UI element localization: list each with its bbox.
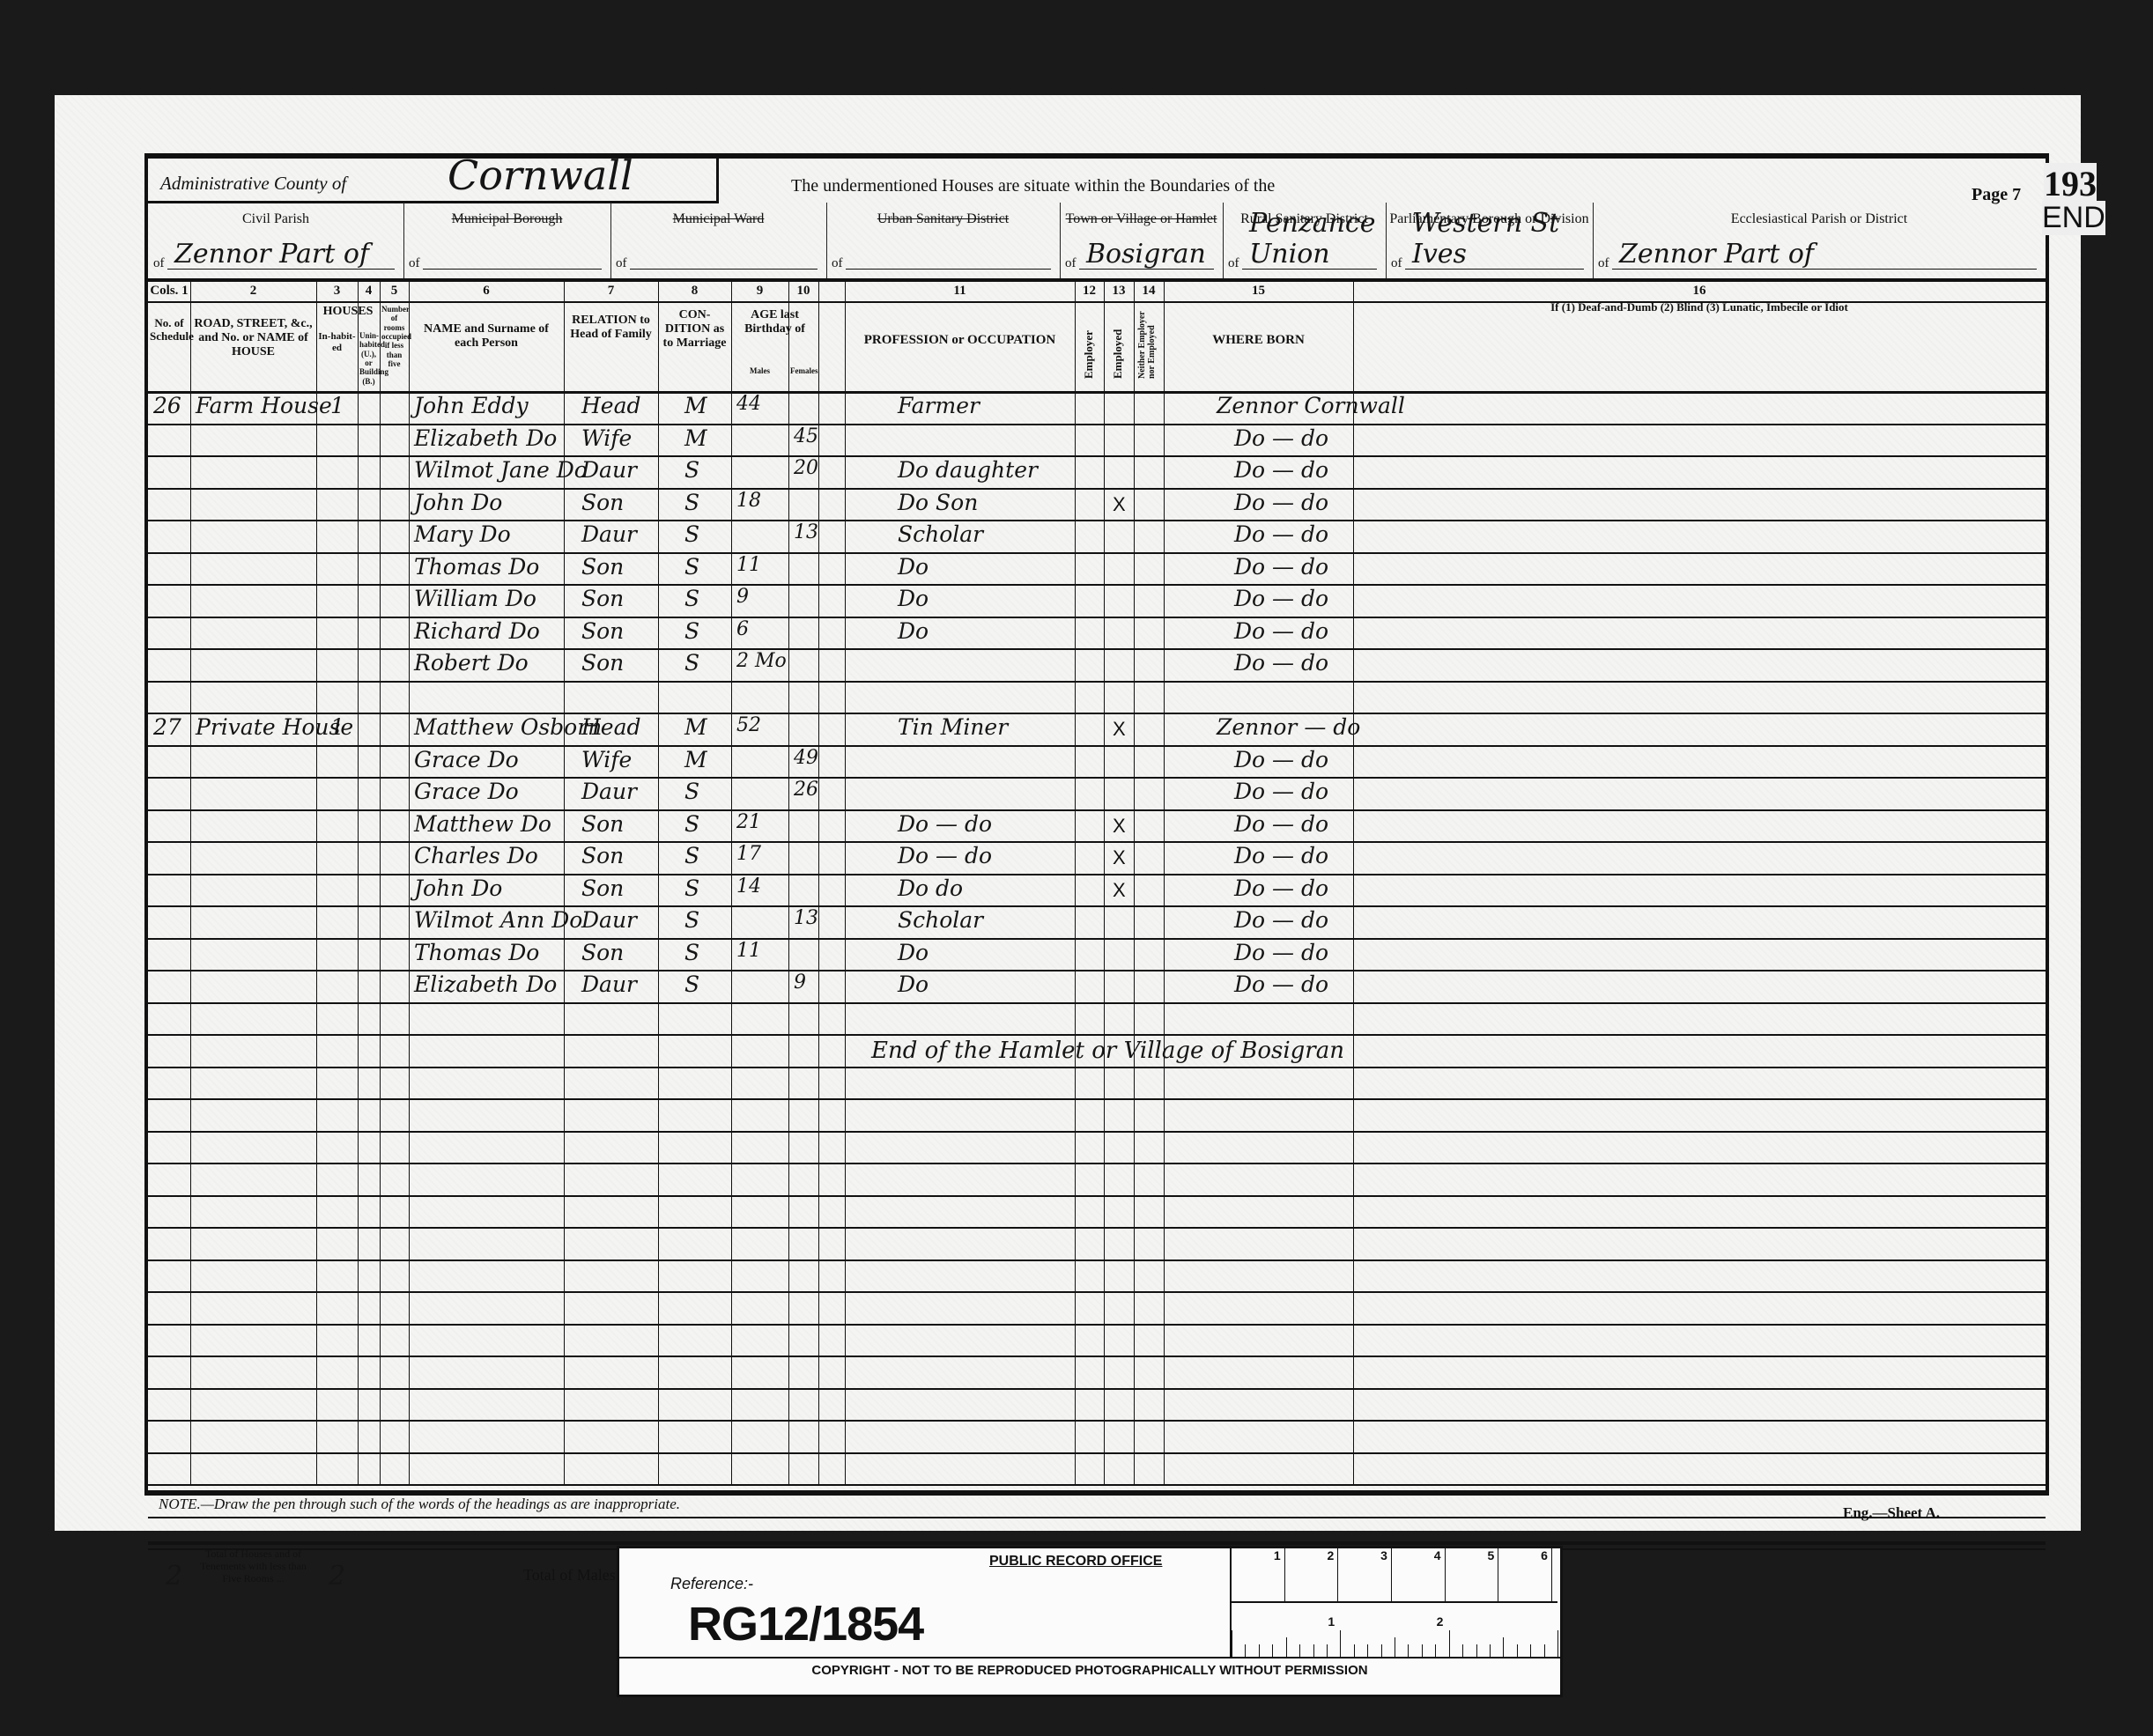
person-name: John Eddy — [414, 393, 529, 418]
ruler-tick — [1259, 1644, 1260, 1657]
column-number: 2 — [190, 284, 316, 299]
area-urban-sanitary-district: Urban Sanitary Districtof — [826, 203, 1061, 278]
marital-condition: S — [684, 779, 699, 804]
person-name: Mary Do — [414, 521, 511, 547]
relation: Son — [581, 811, 624, 837]
person-name: Matthew Osborn — [414, 714, 602, 740]
column-number: 11 — [845, 284, 1075, 299]
females-header: Females — [790, 366, 817, 375]
county-label: Administrative County of — [160, 173, 346, 195]
person-name: Richard Do — [414, 618, 540, 644]
area-label: Ecclesiastical Parish or District — [1593, 211, 2046, 227]
column-divider — [380, 282, 381, 1485]
male-age: 9 — [736, 586, 749, 608]
row-rule — [148, 1195, 2046, 1197]
marital-condition: S — [684, 875, 699, 901]
schedule-number: 27 — [153, 714, 181, 740]
person-name: Elizabeth Do — [414, 971, 557, 997]
column-divider — [1075, 282, 1076, 1485]
row-rule — [148, 1034, 2046, 1036]
column-divider — [845, 282, 846, 1485]
male-age: 17 — [736, 843, 761, 865]
ruler-cm-mark: 3 — [1338, 1548, 1392, 1601]
area-municipal-borough: Municipal Boroughof — [403, 203, 611, 278]
inhabited-count: 1 — [330, 393, 344, 418]
marital-condition: S — [684, 457, 699, 483]
ruler-tick — [1354, 1644, 1355, 1657]
marital-condition: M — [684, 714, 707, 740]
area-label: Town or Village or Hamlet — [1060, 211, 1223, 227]
col8-header: CON-DITION as to Marriage — [660, 308, 729, 351]
marital-condition: S — [684, 811, 699, 837]
birthplace: Do — do — [1234, 779, 1328, 804]
folio-stamp: 193 — [2044, 163, 2097, 204]
relation: Son — [581, 618, 624, 644]
marital-condition: S — [684, 618, 699, 644]
female-age: 20 — [794, 457, 818, 479]
person-name: Thomas Do — [414, 940, 539, 965]
birthplace: Do — do — [1234, 811, 1328, 837]
area-line — [846, 269, 1051, 270]
ruler-inch-mark: 2 — [1437, 1614, 1444, 1629]
column-number: 13 — [1104, 284, 1134, 299]
column-divider — [731, 282, 732, 1485]
ruler-cm-mark: 4 — [1392, 1548, 1446, 1601]
ruler-cm-mark: 6 — [1498, 1548, 1552, 1601]
birthplace: Do — do — [1234, 907, 1328, 933]
relation: Wife — [581, 425, 632, 451]
ruler-cm-mark: 1 — [1232, 1548, 1285, 1601]
col13-header: Employed — [1111, 308, 1125, 379]
occupation: Do — [898, 971, 929, 997]
person-name: Wilmot Ann Do — [414, 907, 582, 933]
column-number: 12 — [1075, 284, 1104, 299]
area-line — [630, 269, 818, 270]
area-label: Civil Parish — [148, 211, 403, 227]
area-label: Municipal Ward — [610, 211, 826, 227]
relation: Son — [581, 490, 624, 515]
column-number: 8 — [658, 284, 731, 299]
administrative-areas: Civil ParishofZennor Part ofMunicipal Bo… — [148, 203, 2046, 282]
column-divider — [409, 282, 410, 1485]
occupation: Do Son — [898, 490, 978, 515]
occupation: Do — [898, 940, 929, 965]
male-age: 11 — [736, 940, 761, 962]
person-name: Elizabeth Do — [414, 425, 557, 451]
birthplace: Zennor Cornwall — [1217, 393, 1405, 418]
marital-condition: S — [684, 940, 699, 965]
col5-header: Number of rooms occupied if less than fi… — [381, 305, 407, 368]
female-age: 26 — [794, 779, 818, 801]
marital-condition: S — [684, 490, 699, 515]
area-of: of — [409, 256, 420, 271]
col2-header: ROAD, STREET, &c., and No. or NAME of HO… — [192, 317, 314, 359]
footer-note: NOTE.—Draw the pen through such of the w… — [159, 1496, 680, 1513]
relation: Head — [581, 714, 641, 740]
column-divider — [190, 282, 191, 1485]
birthplace: Do — do — [1234, 521, 1328, 547]
relation: Daur — [581, 521, 637, 547]
area-rural-sanitary-district: Rural Sanitary DistrictofPenzance Union — [1223, 203, 1387, 278]
area-of: of — [1391, 256, 1402, 271]
male-age: 44 — [736, 393, 761, 415]
col3-header: In-habit-ed — [318, 331, 356, 353]
reference-code: RG12/1854 — [688, 1597, 923, 1651]
census-sheet: Administrative County of Cornwall The un… — [55, 95, 2081, 1531]
female-age: 13 — [794, 907, 818, 929]
row-rule — [148, 1291, 2046, 1293]
ruler-tick — [1503, 1637, 1504, 1657]
ruler-tick — [1395, 1637, 1395, 1657]
marital-condition: S — [684, 843, 699, 868]
ruler-tick — [1557, 1630, 1558, 1657]
public-record-office: PUBLIC RECORD OFFICE — [989, 1554, 1162, 1570]
person-name: Grace Do — [414, 747, 519, 772]
birthplace: Do — do — [1234, 843, 1328, 868]
ruler-tick — [1462, 1644, 1463, 1657]
row-rule — [148, 1388, 2046, 1390]
male-age: 52 — [736, 714, 761, 736]
row-rule — [148, 1324, 2046, 1326]
inhabited-count: 1 — [330, 714, 344, 740]
male-age: 21 — [736, 811, 761, 833]
area-value: Zennor Part of — [174, 239, 369, 270]
ruler-tick — [1435, 1644, 1436, 1657]
person-name: Robert Do — [414, 650, 529, 676]
col15-header: WHERE BORN — [1165, 333, 1351, 348]
column-number: 6 — [409, 284, 564, 299]
column-number: 10 — [788, 284, 818, 299]
area-municipal-ward: Municipal Wardof — [610, 203, 827, 278]
relation: Son — [581, 940, 624, 965]
employed-mark: X — [1113, 879, 1126, 902]
marital-condition: S — [684, 650, 699, 676]
relation: Son — [581, 843, 624, 868]
birthplace: Do — do — [1234, 554, 1328, 580]
column-number: 16 — [1353, 284, 2046, 299]
ruler-tick — [1286, 1637, 1287, 1657]
scale-ruler: 12345612 — [1230, 1548, 1557, 1658]
birthplace: Zennor — do — [1217, 714, 1360, 740]
column-divider — [1134, 282, 1135, 1485]
marital-condition: M — [684, 393, 707, 418]
schedule-number: 26 — [153, 393, 181, 418]
person-name: John Do — [414, 875, 502, 901]
area-value: Zennor Part of — [1619, 239, 1814, 270]
area-of: of — [616, 256, 627, 271]
male-age: 6 — [736, 618, 749, 640]
male-age: 2 Mo — [736, 650, 787, 672]
occupation: Scholar — [898, 521, 983, 547]
column-number: 3 — [316, 284, 358, 299]
column-divider — [1104, 282, 1105, 1485]
birthplace: Do — do — [1234, 875, 1328, 901]
birthplace: Do — do — [1234, 747, 1328, 772]
area-of: of — [1065, 256, 1076, 271]
ruler-tick — [1544, 1644, 1545, 1657]
column-number: Cols. 1 — [148, 284, 190, 299]
ruler-cm-mark: 5 — [1446, 1548, 1499, 1601]
relation: Daur — [581, 779, 637, 804]
ruler-tick — [1422, 1644, 1423, 1657]
reference-label: Reference:- RG12/1854 PUBLIC RECORD OFFI… — [617, 1546, 1563, 1697]
area-line — [423, 269, 602, 270]
ruler-tick — [1245, 1644, 1246, 1657]
relation: Son — [581, 875, 624, 901]
birthplace: Do — do — [1234, 618, 1328, 644]
marital-condition: S — [684, 971, 699, 997]
column-number: 9 — [731, 284, 788, 299]
col14-header: Neither Employer nor Employed — [1137, 308, 1157, 379]
sheet-label: Eng.—Sheet A. — [1843, 1504, 1940, 1522]
total-houses: 2 — [329, 1561, 345, 1592]
males-header: Males — [733, 366, 787, 375]
total-schedules: 2 — [166, 1561, 182, 1592]
row-rule — [148, 1067, 2046, 1068]
col6-header: NAME and Surname of each Person — [411, 322, 562, 351]
marital-condition: S — [684, 586, 699, 611]
boundaries-text: The undermentioned Houses are situate wi… — [791, 176, 1275, 196]
ruler-tick — [1327, 1644, 1328, 1657]
marital-condition: S — [684, 554, 699, 580]
column-divider — [358, 282, 359, 1485]
area-parliamentary-borough-or-division: Parliamentary Borough or DivisionofWeste… — [1386, 203, 1594, 278]
male-age: 11 — [736, 554, 761, 576]
occupation: Do — [898, 554, 929, 580]
column-divider — [788, 282, 789, 1485]
relation: Son — [581, 586, 624, 611]
occupation: Do — [898, 618, 929, 644]
column-divider — [1353, 282, 1354, 1485]
area-of: of — [1228, 256, 1239, 271]
row-rule — [148, 1260, 2046, 1261]
ruler-divider — [1232, 1601, 1557, 1603]
row-rule — [148, 1356, 2046, 1357]
county-box: Administrative County of Cornwall — [148, 159, 719, 203]
total-houses-label: Total of Houses and of Tenements with le… — [194, 1548, 313, 1585]
ruler-tick — [1272, 1644, 1273, 1657]
relation: Son — [581, 554, 624, 580]
ruler-cm-mark: 2 — [1285, 1548, 1339, 1601]
census-form-frame: Administrative County of Cornwall The un… — [144, 153, 2049, 1496]
column-number: 15 — [1164, 284, 1353, 299]
marital-condition: S — [684, 521, 699, 547]
person-name: Thomas Do — [414, 554, 539, 580]
row-rule — [148, 1131, 2046, 1133]
person-name: Matthew Do — [414, 811, 551, 837]
occupation: Do — do — [898, 811, 992, 837]
end-of-hamlet-note: End of the Hamlet or Village of Bosigran — [871, 1038, 1344, 1064]
row-rule — [148, 1517, 2046, 1518]
ruler-tick — [1313, 1644, 1314, 1657]
end-mark: END — [2042, 201, 2105, 235]
relation: Daur — [581, 907, 637, 933]
col12-header: Employer — [1082, 308, 1096, 379]
area-of: of — [832, 256, 843, 271]
county-value: Cornwall — [448, 151, 633, 199]
column-number: 7 — [564, 284, 658, 299]
ruler-tick — [1340, 1630, 1341, 1657]
area-of: of — [153, 256, 165, 271]
birthplace: Do — do — [1234, 650, 1328, 676]
birthplace: Do — do — [1234, 457, 1328, 483]
birthplace: Do — do — [1234, 940, 1328, 965]
census-table: Cols. 12345678910111213141516No. of Sche… — [148, 282, 2046, 1485]
column-number: 4 — [358, 284, 380, 299]
person-name: John Do — [414, 490, 502, 515]
relation: Wife — [581, 747, 632, 772]
ruler-tick — [1449, 1630, 1450, 1657]
birthplace: Do — do — [1234, 971, 1328, 997]
age-header: AGE last Birthday of — [733, 308, 817, 336]
col11-header: PROFESSION or OCCUPATION — [847, 333, 1073, 348]
col7-header: RELATION to Head of Family — [566, 314, 656, 342]
column-number: 5 — [380, 284, 409, 299]
row-rule — [148, 1098, 2046, 1100]
row-rule — [148, 1163, 2046, 1164]
ruler-tick — [1232, 1630, 1232, 1657]
occupation: Do do — [898, 875, 963, 901]
row-rule — [148, 681, 2046, 683]
person-name: William Do — [414, 586, 536, 611]
row-rule — [148, 1002, 2046, 1004]
area-of: of — [1598, 256, 1609, 271]
ruler-tick — [1299, 1644, 1300, 1657]
employed-mark: X — [1113, 718, 1126, 741]
ruler-tick — [1530, 1644, 1531, 1657]
column-divider — [1164, 282, 1165, 1485]
ruler-tick — [1476, 1644, 1477, 1657]
relation: Son — [581, 650, 624, 676]
female-age: 49 — [794, 747, 818, 769]
area-value: Bosigran — [1086, 239, 1206, 270]
ruler-tick — [1367, 1644, 1368, 1657]
row-rule — [148, 1420, 2046, 1422]
area-town-or-village-or-hamlet: Town or Village or HamletofBosigran — [1060, 203, 1224, 278]
female-age: 9 — [794, 971, 806, 994]
column-divider — [316, 282, 317, 1485]
col1-header: No. of Schedule — [150, 317, 189, 344]
occupation: Do — do — [898, 843, 992, 868]
ruler-tick — [1517, 1644, 1518, 1657]
relation: Daur — [581, 971, 637, 997]
relation: Daur — [581, 457, 637, 483]
row-rule — [148, 1227, 2046, 1229]
person-name: Charles Do — [414, 843, 538, 868]
column-divider — [658, 282, 659, 1485]
houses-header: HOUSES — [318, 305, 378, 319]
male-age: 18 — [736, 490, 761, 512]
area-label: Municipal Borough — [403, 211, 610, 227]
area-civil-parish: Civil ParishofZennor Part of — [148, 203, 404, 278]
ruler-tick — [1381, 1644, 1382, 1657]
row-rule — [148, 1452, 2046, 1454]
occupation: Farmer — [898, 393, 980, 418]
marital-condition: M — [684, 425, 707, 451]
employed-mark: X — [1113, 846, 1126, 869]
copyright-notice: COPYRIGHT - NOT TO BE REPRODUCED PHOTOGR… — [619, 1663, 1560, 1678]
occupation: Do — [898, 586, 929, 611]
marital-condition: M — [684, 747, 707, 772]
relation: Head — [581, 393, 641, 418]
col16-header: If (1) Deaf-and-Dumb (2) Blind (3) Lunat… — [1355, 301, 2044, 314]
female-age: 13 — [794, 521, 818, 543]
area-value: Penzance Union — [1249, 208, 1386, 270]
column-divider — [818, 282, 819, 1485]
house-name: Farm House — [196, 393, 332, 418]
area-label: Urban Sanitary District — [826, 211, 1060, 227]
ruler-inch-mark: 1 — [1328, 1614, 1335, 1629]
employed-mark: X — [1113, 815, 1126, 838]
occupation: Do daughter — [898, 457, 1038, 483]
male-age: 14 — [736, 875, 761, 898]
birthplace: Do — do — [1234, 425, 1328, 451]
person-name: Wilmot Jane Do — [414, 457, 588, 483]
occupation: Tin Miner — [898, 714, 1008, 740]
ruler-tick — [1490, 1644, 1491, 1657]
birthplace: Do — do — [1234, 490, 1328, 515]
person-name: Grace Do — [414, 779, 519, 804]
column-number: 14 — [1134, 284, 1164, 299]
reference-caption: Reference:- — [670, 1575, 753, 1593]
birthplace: Do — do — [1234, 586, 1328, 611]
female-age: 45 — [794, 425, 818, 447]
row-rule — [148, 1484, 2046, 1486]
area-value: Western St Ives — [1412, 208, 1593, 270]
ruler-tick — [1408, 1644, 1409, 1657]
marital-condition: S — [684, 907, 699, 933]
area-ecclesiastical-parish-or-district: Ecclesiastical Parish or DistrictofZenno… — [1593, 203, 2046, 278]
occupation: Scholar — [898, 907, 983, 933]
col4-header: Unin-habited (U.), or Building (B.) — [359, 331, 378, 386]
employed-mark: X — [1113, 493, 1126, 516]
